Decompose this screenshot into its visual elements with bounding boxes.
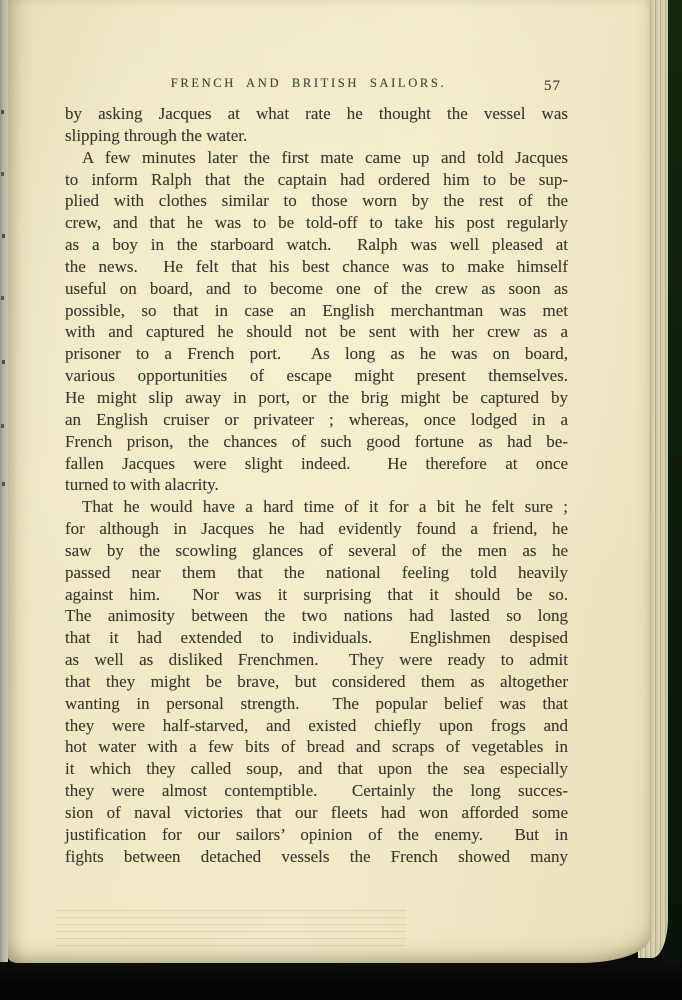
running-header: FRENCH AND BRITISH SAILORS. 57 [65,76,568,96]
text-line: it which they called soup, and that upon… [65,758,568,780]
text-line: useful on board, and to become one of th… [65,278,568,300]
text-line: crew, and that he was to be told-off to … [65,212,568,234]
paragraph: That he would have a hard time of it for… [65,496,568,867]
text-line: sion of naval victories that our fleets … [65,802,568,824]
table-backdrop [0,961,682,1000]
text-line: That he would have a hard time of it for… [65,496,568,518]
text-line: they were almost contemptible. Certainly… [65,780,568,802]
book-page: FRENCH AND BRITISH SAILORS. 57 by asking… [8,0,650,963]
text-line: passed near them that the national feeli… [65,562,568,584]
text-line: as a boy in the starboard watch. Ralph w… [65,234,568,256]
text-line: for although in Jacques he had evidently… [65,518,568,540]
text-line: the news. He felt that his best chance w… [65,256,568,278]
text-line: hot water with a few bits of bread and s… [65,736,568,758]
bottom-page-edge-lines [56,907,406,951]
paragraph: by asking Jacques at what rate he though… [65,103,568,147]
text-line: various opportunities of escape might pr… [65,365,568,387]
text-line: A few minutes later the first mate came … [65,147,568,169]
text-line: possible, so that in case an English mer… [65,300,568,322]
text-line: justification for our sailors’ opinion o… [65,824,568,846]
text-line: with and captured he should not be sent … [65,321,568,343]
header-title: FRENCH AND BRITISH SAILORS. [65,76,568,91]
text-line: that they might be brave, but considered… [65,671,568,693]
text-line: French prison, the chances of such good … [65,431,568,453]
text-block: by asking Jacques at what rate he though… [65,103,568,868]
text-line: to inform Ralph that the captain had ord… [65,169,568,191]
text-line: slipping through the water. [65,125,568,147]
text-line: The animosity between the two nations ha… [65,605,568,627]
text-line: they were half-starved, and existed chie… [65,715,568,737]
text-line: by asking Jacques at what rate he though… [65,103,568,125]
text-line: fallen Jacques were slight indeed. He th… [65,453,568,475]
text-line: turned to with alacrity. [65,474,568,496]
text-line: against him. Nor was it surprising that … [65,584,568,606]
paragraph: A few minutes later the first mate came … [65,147,568,497]
text-line: as well as disliked Frenchmen. They were… [65,649,568,671]
edge-ink-fragments [1,110,4,114]
text-line: prisoner to a French port. As long as he… [65,343,568,365]
text-line: that it had extended to individuals. Eng… [65,627,568,649]
text-line: plied with clothes similar to those worn… [65,190,568,212]
facing-page-gutter-edge [0,0,8,962]
text-line: fights between detached vessels the Fren… [65,846,568,868]
text-line: saw by the scowling glances of several o… [65,540,568,562]
text-line: He might slip away in port, or the brig … [65,387,568,409]
page-number: 57 [544,78,561,95]
text-line: wanting in personal strength. The popula… [65,693,568,715]
text-line: an English cruiser or privateer ; wherea… [65,409,568,431]
